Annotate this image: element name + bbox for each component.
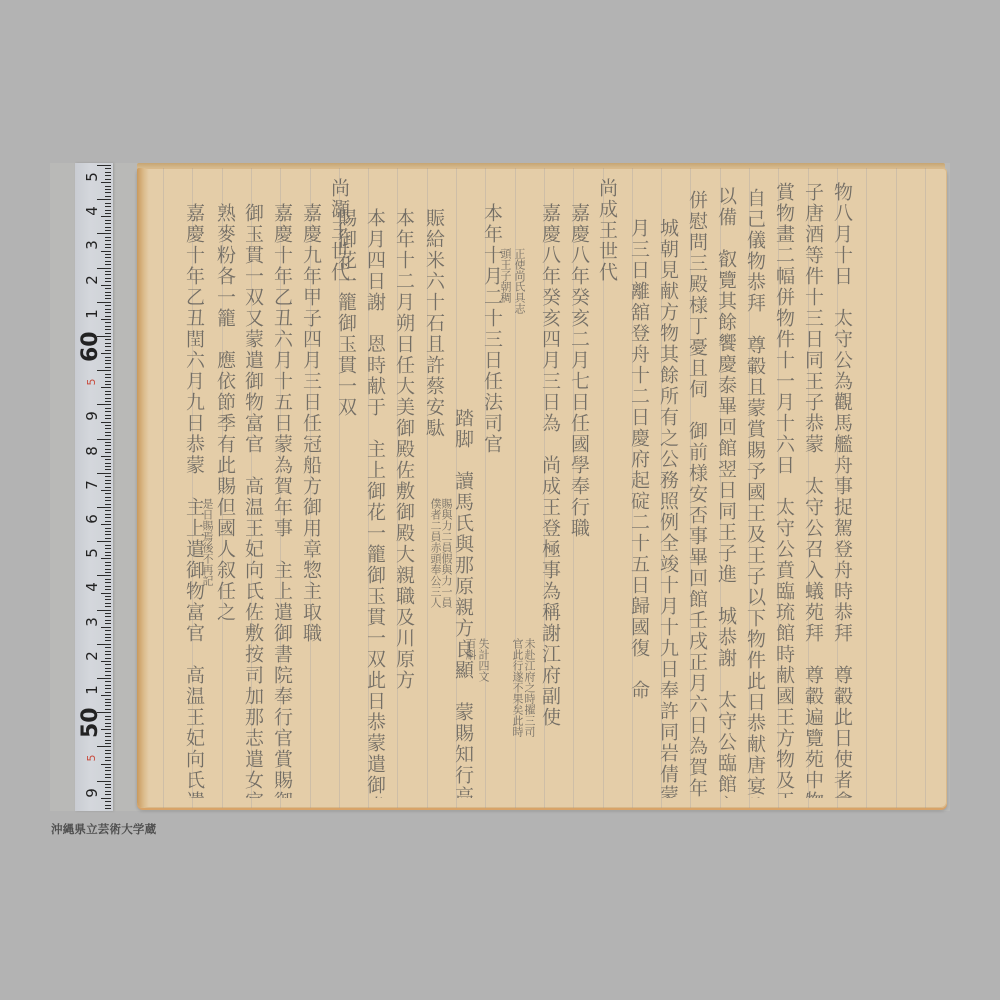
ruler-tick — [105, 459, 111, 460]
ruler-label: 50 — [83, 710, 99, 738]
ruler-tick — [105, 435, 111, 436]
manuscript-annotation: 未赴江府之時擢三司 — [523, 638, 535, 737]
manuscript-annotation: 百斛 — [464, 638, 476, 660]
ruler-label: 5 — [84, 371, 100, 393]
ruler-label: 9 — [84, 405, 100, 427]
ruler-tick — [105, 189, 111, 190]
ruler-tick — [101, 182, 111, 183]
manuscript-column: 本年十月二十三日任法司官 — [480, 203, 504, 455]
ruler-tick — [105, 168, 111, 169]
ruler-tick — [105, 288, 111, 289]
ruler-tick — [105, 497, 111, 498]
ruler-tick — [105, 363, 111, 364]
ruler-label: 2 — [84, 645, 100, 667]
manuscript-column: 嘉慶十年乙丑閏六月九日恭蒙 主上遣御物富官 高温王妃向氏遣女官賜 — [182, 203, 206, 798]
ruler-tick — [105, 572, 111, 573]
ruler-tick — [105, 418, 111, 419]
ruler-tick — [105, 305, 111, 306]
ruler-tick — [105, 791, 111, 792]
manuscript-column: 自己儀物恭拜 尊轂且蒙賞賜予國王及王子以下物件此日恭献唐宴侍作琉歌舞 — [743, 188, 767, 798]
ruler-tick — [105, 374, 111, 375]
ruler-tick — [105, 452, 111, 453]
ruler-tick — [105, 596, 111, 597]
ruler-tick — [101, 627, 111, 628]
ruler-tick — [105, 586, 111, 587]
ruler-tick — [105, 616, 111, 617]
ruler-tick — [105, 432, 111, 433]
ruler-tick — [101, 558, 111, 559]
ruler-tick — [105, 582, 111, 583]
ruler-tick — [105, 257, 111, 258]
ruler-tick — [105, 223, 111, 224]
ruler-tick — [105, 469, 111, 470]
manuscript-column: 月三日離舘登舟十二日慶府起碇二十五日歸國復 命 — [627, 218, 651, 701]
ruler-tick — [105, 210, 111, 211]
ruler-tick — [105, 757, 111, 758]
ruler-tick — [105, 702, 111, 703]
ruler-tick — [105, 326, 111, 327]
ruler-tick — [105, 671, 111, 672]
manuscript-column: 尚灝王世代 — [327, 178, 351, 283]
ruler-tick — [105, 322, 111, 323]
ruler-tick — [105, 384, 111, 385]
manuscript-column: 熟麥粉各一籠 應依節季有此賜但國人叙任之 — [213, 203, 237, 623]
ruler-tick — [105, 292, 111, 293]
ruler-tick — [105, 787, 111, 788]
ruler-tick — [105, 391, 111, 392]
ruler-tick — [105, 510, 111, 511]
ruler-tick — [101, 661, 111, 662]
ruler-tick — [105, 425, 111, 426]
ruler-tick — [105, 719, 111, 720]
ruler-tick — [105, 692, 111, 693]
ruler-tick — [105, 381, 111, 382]
ruler-label: 2 — [84, 269, 100, 291]
ruler-tick — [105, 463, 111, 464]
ruler-tick — [105, 634, 111, 635]
ruler-tick — [105, 699, 111, 700]
ruler-tick — [105, 760, 111, 761]
ruled-line — [896, 168, 897, 808]
ruler-tick — [105, 309, 111, 310]
ruler-label: 5 — [84, 542, 100, 564]
ruler-tick — [105, 264, 111, 265]
ruler-tick — [101, 319, 111, 320]
ruler-tick — [105, 675, 111, 676]
ruler-tick — [105, 538, 111, 539]
ruler-tick — [105, 770, 111, 771]
ruler-tick — [105, 271, 111, 272]
manuscript-page: 物八月十日 太守公為觀馬艦舟事捉駕登舟時恭拜 尊轂此日使者會献菓子唐酒等件十三日… — [137, 168, 947, 808]
ruler-tick — [105, 716, 111, 717]
manuscript-column: 城朝見献方物其餘所有之公務照例全竣十月十九日奉許同岩倩蒙賜品物十一 — [656, 218, 680, 798]
ruler-tick — [105, 466, 111, 467]
manuscript-column: 御玉貫一双又蒙遣御物富官 高温王妃向氏佐敷按司加那志遣女官賜新 — [241, 203, 265, 798]
ruler-tick — [105, 367, 111, 368]
manuscript-column: 賑給米六十石且許蔡安駄 — [422, 208, 446, 439]
ruler-tick — [105, 493, 111, 494]
ruler-tick — [105, 487, 111, 488]
ruler-tick — [105, 723, 111, 724]
ruler-tick — [105, 401, 111, 402]
ruler-tick — [105, 247, 111, 248]
ruler-tick — [101, 285, 111, 286]
ruler-tick — [105, 565, 111, 566]
ruler-tick — [105, 681, 111, 682]
manuscript-column: 子唐酒等件十三日同王子恭蒙 太守公召入蟻苑拜 尊轂遍覽苑中物盛宴且 — [801, 182, 825, 798]
ruler-tick — [105, 562, 111, 563]
ruler-tick — [101, 216, 111, 217]
ruler-tick — [105, 230, 111, 231]
ruler-tick — [105, 801, 111, 802]
ruler-tick — [105, 774, 111, 775]
ruler-tick — [105, 411, 111, 412]
ruler-tick — [105, 312, 111, 313]
ruler-tick — [105, 339, 111, 340]
ruler-tick — [105, 192, 111, 193]
ruler-tick — [105, 476, 111, 477]
ruler-tick — [105, 545, 111, 546]
ruler-tick — [105, 750, 111, 751]
ruler-tick — [105, 357, 111, 358]
ruler-tick — [105, 350, 111, 351]
ruler-tick — [105, 664, 111, 665]
manuscript-column: 嘉慶八年癸亥二月七日任國學奉行職 — [567, 203, 591, 539]
collection-credit-caption: 沖縄県立芸術大学蔵 — [51, 821, 156, 837]
ruler-tick — [101, 764, 111, 765]
ruler-tick — [105, 408, 111, 409]
ruler-label: 7 — [84, 474, 100, 496]
ruler-tick — [105, 534, 111, 535]
ruler-tick — [105, 261, 111, 262]
manuscript-annotation: 正使尚氏具志 — [513, 248, 525, 314]
ruler-tick — [101, 387, 111, 388]
ruler-tick — [105, 613, 111, 614]
ruler-tick — [105, 329, 111, 330]
ruler-tick — [105, 377, 111, 378]
ruler-tick — [105, 668, 111, 669]
ruler-tick — [105, 620, 111, 621]
ruler-tick — [105, 777, 111, 778]
ruler-tick — [105, 623, 111, 624]
ruler-tick — [105, 794, 111, 795]
ruler-tick — [105, 449, 111, 450]
ruler-tick — [105, 206, 111, 207]
ruler-tick — [105, 606, 111, 607]
ruler-tick — [105, 753, 111, 754]
ruler-tick — [101, 251, 111, 252]
ruler-label: 4 — [84, 200, 100, 222]
manuscript-column: 尚成王世代 — [595, 178, 619, 283]
ruler-tick — [105, 346, 111, 347]
ruler-tick — [105, 640, 111, 641]
ruler-tick — [101, 593, 111, 594]
ruler-tick — [105, 254, 111, 255]
manuscript-column: 以備 叡覽其餘饗慶泰畢回館翌日同王子進 城恭謝 太守公臨館之鴻恩 — [714, 186, 738, 798]
ruler-tick — [105, 483, 111, 484]
manuscript-column: 本月四日謝 恩時献于 主上御花一籠御玉貫一双此日恭蒙遣御書院奉行官賀 — [363, 208, 387, 798]
ruler-tick — [105, 278, 111, 279]
ruler-tick — [105, 548, 111, 549]
ruler-tick — [105, 227, 111, 228]
ruler-tick — [105, 179, 111, 180]
ruler-tick — [105, 398, 111, 399]
ruler-tick — [105, 281, 111, 282]
ruler-tick — [105, 552, 111, 553]
ruler-tick — [105, 175, 111, 176]
ruler-tick — [105, 360, 111, 361]
ruler-tick — [101, 456, 111, 457]
ruler-tick — [105, 445, 111, 446]
manuscript-column: 嘉慶九年甲子四月三日任冠船方御用章惣主取職 — [299, 203, 323, 644]
manuscript-column: 嘉慶八年癸亥四月三日為 尚成王登極事為稱謝江府副使 — [538, 203, 562, 728]
ruler-tick — [105, 569, 111, 570]
manuscript-column: 併慰問三殿様丁憂且伺 御前様安否事畢回館壬戌正月六日為賀年首事進 — [685, 190, 709, 798]
ruler-tick — [101, 524, 111, 525]
ruler-tick — [105, 709, 111, 710]
ruler-label: 4 — [84, 576, 100, 598]
ruler-tick — [105, 685, 111, 686]
manuscript-annotation: 賜與力二員假與力一員 — [440, 498, 452, 608]
ruler-tick — [105, 651, 111, 652]
manuscript-annotation: 官此行遂不果矣此時 — [511, 638, 523, 737]
ruler-tick — [105, 295, 111, 296]
ruler-tick — [105, 630, 111, 631]
ruler-label: 6 — [84, 508, 100, 530]
ruler-tick — [105, 688, 111, 689]
ruler-tick — [105, 531, 111, 532]
ruler-tick — [101, 422, 111, 423]
manuscript-column: 嘉慶十年乙丑六月十五日蒙為賀年事 主上遣御書院奉行官賞賜御花一籠 — [270, 203, 294, 798]
ruler-tick — [105, 784, 111, 785]
ruler-tick — [105, 298, 111, 299]
ruler-tick — [105, 274, 111, 275]
ruler-tick — [105, 603, 111, 604]
ruler-label: 3 — [84, 611, 100, 633]
ruler-tick — [105, 579, 111, 580]
ruler-tick — [105, 172, 111, 173]
manuscript-column: 踏脚 讀馬氏與那原親方良顯 蒙賜知行高三百六十斛 — [451, 408, 475, 798]
ruler-tick — [101, 490, 111, 491]
ruler-tick — [105, 726, 111, 727]
ruler-tick — [105, 654, 111, 655]
ruled-line — [163, 168, 164, 808]
ruler-tick — [105, 480, 111, 481]
manuscript-annotation: 僕者二員赤頭奉公三人 — [429, 498, 441, 608]
ruler-tick — [101, 798, 111, 799]
ruler-tick — [105, 555, 111, 556]
ruler-tick — [105, 647, 111, 648]
ruler-tick — [105, 740, 111, 741]
manuscript-column: 本年十二月朔日任大美御殿佐敷御殿大親職及川原方 — [392, 208, 416, 691]
ruler-tick — [105, 343, 111, 344]
ruler-tick — [105, 599, 111, 600]
ruler-label: 8 — [84, 440, 100, 462]
ruler-label: 5 — [84, 166, 100, 188]
ruler-tick — [105, 203, 111, 204]
ruler-tick — [105, 186, 111, 187]
ruler-tick — [101, 695, 111, 696]
ruler-tick — [105, 805, 111, 806]
ruler-tick — [105, 808, 111, 809]
ruler-tick — [105, 415, 111, 416]
ruler-label: 1 — [84, 679, 100, 701]
measuring-ruler: 543216059876543215059 — [75, 163, 113, 811]
ruler-tick — [105, 196, 111, 197]
ruler-tick — [105, 220, 111, 221]
ruler-tick — [105, 767, 111, 768]
ruler-tick — [105, 658, 111, 659]
ruled-line — [925, 168, 926, 808]
manuscript-annotation: 失計四文 — [477, 638, 489, 682]
ruler-tick — [105, 514, 111, 515]
ruler-label: 1 — [84, 303, 100, 325]
ruler-tick — [105, 244, 111, 245]
ruler-tick — [105, 528, 111, 529]
manuscript-column: 物八月十日 太守公為觀馬艦舟事捉駕登舟時恭拜 尊轂此日使者會献菓 — [830, 182, 854, 798]
ruler-tick — [105, 237, 111, 238]
page-binding-edge — [137, 168, 149, 808]
ruler-label: 60 — [83, 334, 99, 362]
manuscript-column: 賞物畫二幅併物件十一月十六日 太守公賁臨琉館時献國王方物及王子使者及從者等 — [772, 182, 796, 798]
ruler-tick — [105, 500, 111, 501]
ruler-tick — [105, 213, 111, 214]
ruler-tick — [105, 428, 111, 429]
ruler-tick — [105, 637, 111, 638]
ruler-label: 3 — [84, 234, 100, 256]
ruler-tick — [105, 517, 111, 518]
ruler-tick — [105, 394, 111, 395]
ruler-label: 5 — [84, 747, 100, 769]
ruler-tick — [105, 521, 111, 522]
ruled-line — [866, 168, 867, 808]
ruler-tick — [105, 743, 111, 744]
ruler-label: 9 — [84, 782, 100, 804]
ruler-tick — [105, 504, 111, 505]
ruler-tick — [105, 733, 111, 734]
ruler-tick — [105, 316, 111, 317]
ruler-tick — [105, 589, 111, 590]
ruler-tick — [105, 240, 111, 241]
ruler-tick — [105, 705, 111, 706]
ruler-tick — [105, 442, 111, 443]
ruler-tick — [105, 736, 111, 737]
ruler-tick — [105, 333, 111, 334]
